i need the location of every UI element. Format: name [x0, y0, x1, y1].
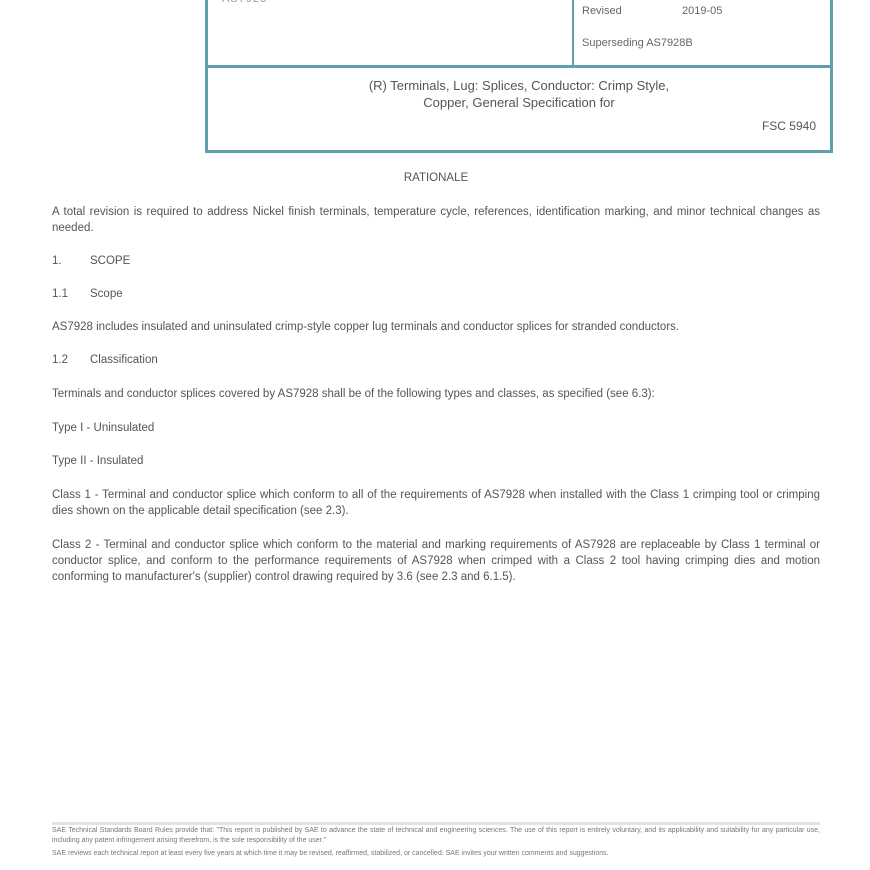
header-top-row: AS7928 Revised2019-05 Superseding AS7928… [208, 0, 830, 68]
header-left-cell: AS7928 [208, 0, 574, 65]
header-clipped-text: AS7928 [222, 0, 267, 5]
title-line-1: (R) Terminals, Lug: Splices, Conductor: … [208, 77, 830, 94]
section-1-1-title: Scope [90, 288, 123, 300]
document-title: (R) Terminals, Lug: Splices, Conductor: … [208, 77, 830, 111]
class-2-text: Class 2 - Terminal and conductor splice … [52, 537, 820, 585]
section-1-heading: 1.SCOPE [52, 253, 820, 269]
superseding-row: Superseding AS7928B [582, 37, 693, 49]
class-1-text: Class 1 - Terminal and conductor splice … [52, 487, 820, 519]
footer-line-2: SAE reviews each technical report at lea… [52, 849, 820, 859]
scope-text: AS7928 includes insulated and uninsulate… [52, 319, 820, 335]
type-2: Type II - Insulated [52, 453, 820, 469]
header-right-cell: Revised2019-05 Superseding AS7928B [574, 0, 830, 65]
type-1: Type I - Uninsulated [52, 420, 820, 436]
section-1-2-number: 1.2 [52, 352, 90, 368]
document-header-box: AS7928 Revised2019-05 Superseding AS7928… [205, 0, 833, 153]
footer-line-1: SAE Technical Standards Board Rules prov… [52, 826, 820, 846]
footer-notice: SAE Technical Standards Board Rules prov… [52, 826, 820, 862]
revised-value: 2019-05 [682, 5, 722, 17]
title-line-2: Copper, General Specification for [208, 94, 830, 111]
section-1-2-title: Classification [90, 354, 158, 366]
rationale-text: A total revision is required to address … [52, 204, 820, 236]
classification-text: Terminals and conductor splices covered … [52, 386, 820, 402]
superseding-label: Superseding AS7928B [582, 37, 693, 49]
revised-row: Revised2019-05 [582, 5, 722, 17]
section-1-title: SCOPE [90, 255, 130, 267]
rationale-heading: RATIONALE [52, 170, 820, 186]
fsc-code: FSC 5940 [762, 119, 816, 133]
revised-label: Revised [582, 5, 682, 17]
section-1-1-number: 1.1 [52, 286, 90, 302]
section-1-number: 1. [52, 253, 90, 269]
section-1-2-heading: 1.2Classification [52, 352, 820, 368]
section-1-1-heading: 1.1Scope [52, 286, 820, 302]
footer-divider [52, 822, 820, 825]
